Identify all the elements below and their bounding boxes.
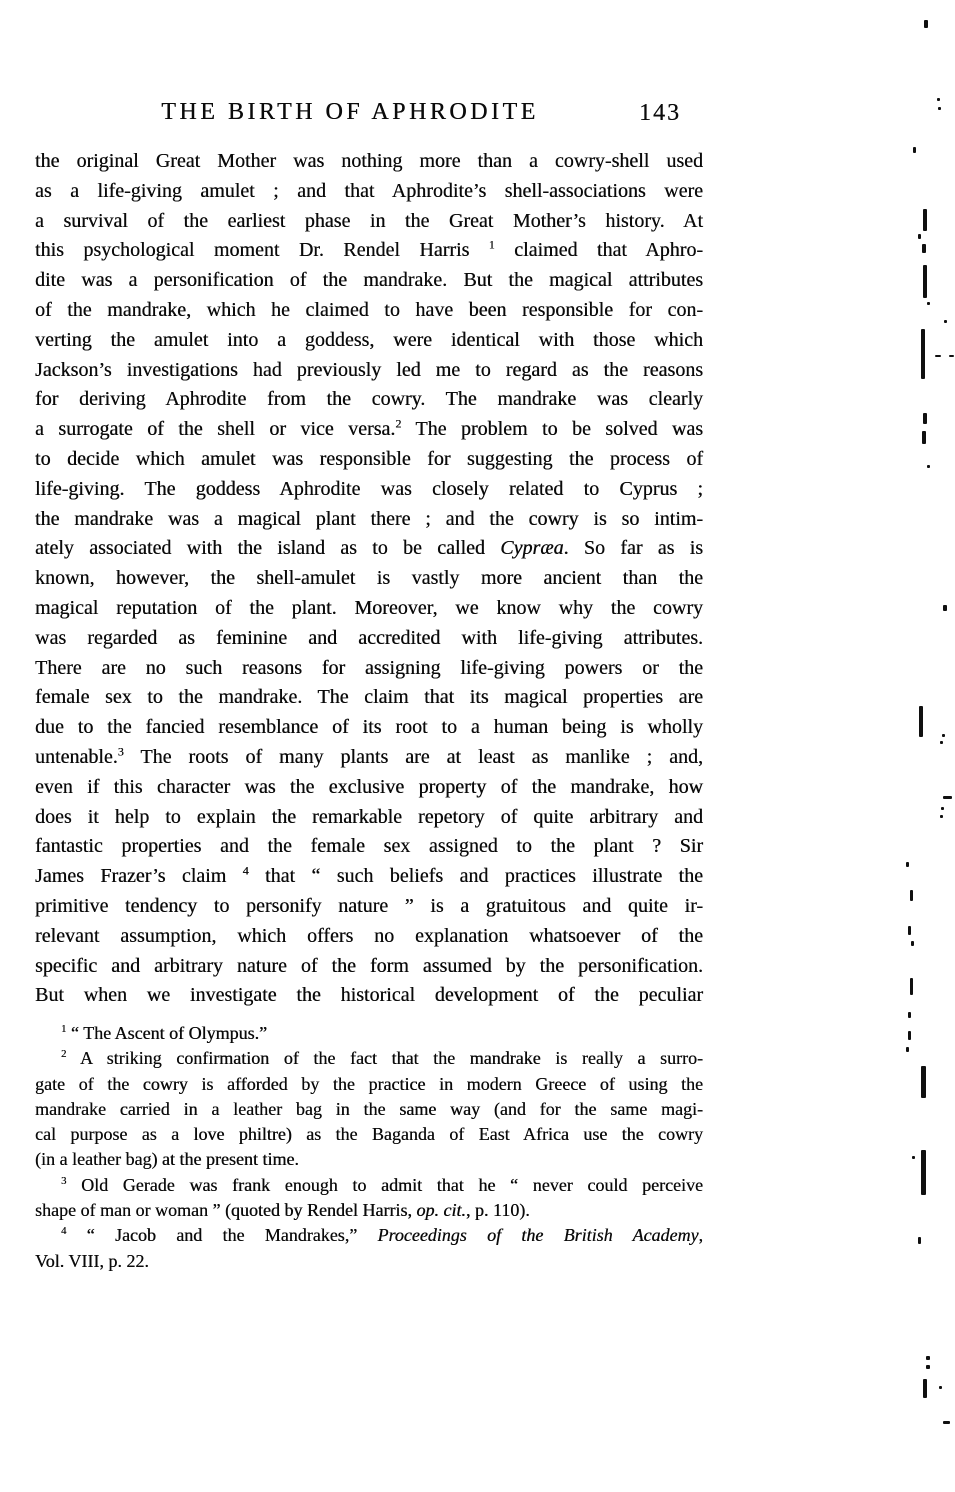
- text-segment: was regarded as feminine and accredited …: [35, 627, 703, 649]
- text-segment: the original Great Mother was nothing mo…: [35, 150, 703, 172]
- text-segment: But when we investigate the historical d…: [35, 984, 703, 1006]
- text-line: the original Great Mother was nothing mo…: [35, 147, 703, 177]
- text-segment: for deriving Aphrodite from the cowry. T…: [35, 388, 703, 410]
- text-segment: fantastic properties and the female sex …: [35, 835, 703, 857]
- text-segment: specific and arbitrary nature of the for…: [35, 955, 703, 977]
- scan-speck: [908, 1012, 911, 1018]
- text-segment: to decide which amulet was responsible f…: [35, 448, 703, 470]
- text-line: (in a leather bag) at the present time.: [35, 1147, 703, 1172]
- scan-speck: [922, 244, 926, 253]
- text-segment: life-giving. The goddess Aphrodite was c…: [35, 478, 703, 500]
- text-segment: due to the fancied resemblance of its ro…: [35, 716, 703, 738]
- scan-speck: [942, 734, 945, 737]
- text-segment: this psychological moment Dr. Rendel Har…: [35, 239, 489, 261]
- text-segment: cal purpose as a love philtre) as the Ba…: [35, 1124, 703, 1144]
- scan-speck: [943, 605, 947, 611]
- text-line: 3 Old Gerade was frank enough to admit t…: [35, 1173, 703, 1198]
- text-segment: primitive tendency to personify nature ”…: [35, 895, 703, 917]
- text-segment: a survival of the earliest phase in the …: [35, 210, 703, 232]
- text-segment: shape of man or woman ” (quoted by Rende…: [35, 1200, 416, 1220]
- text-segment: verting the amulet into a goddess, were …: [35, 329, 703, 351]
- text-line: magical reputation of the plant. Moreove…: [35, 594, 703, 624]
- scan-speck: [943, 1421, 950, 1424]
- text-line: even if this character was the exclusive…: [35, 773, 703, 803]
- text-line: 4 “ Jacob and the Mandrakes,” Proceeding…: [35, 1223, 703, 1248]
- text-line: cal purpose as a love philtre) as the Ba…: [35, 1122, 703, 1147]
- text-segment: known, however, the shell-amulet is vast…: [35, 567, 703, 589]
- text-line: a survival of the earliest phase in the …: [35, 207, 703, 237]
- text-line: Jackson’s investigations had previously …: [35, 356, 703, 386]
- text-line: to decide which amulet was responsible f…: [35, 445, 703, 475]
- footnotes: 1 “ The Ascent of Olympus.”2 A striking …: [35, 1021, 703, 1274]
- text-segment: as a life-giving amulet ; and that Aphro…: [35, 180, 703, 202]
- text-segment: Jackson’s investigations had previously …: [35, 359, 703, 381]
- text-line: was regarded as feminine and accredited …: [35, 624, 703, 654]
- text-segment: does it help to explain the remarkable r…: [35, 806, 703, 828]
- scan-speck: [944, 320, 947, 323]
- scan-speck: [922, 431, 926, 444]
- text-line: ately associated with the island as to b…: [35, 534, 703, 564]
- text-segment: “ Jacob and the Mandrakes,”: [66, 1225, 377, 1245]
- text-segment: dite was a personification of the mandra…: [35, 269, 703, 291]
- scan-speck: [940, 741, 943, 744]
- page-header: THE BIRTH OF APHRODITE 143: [35, 99, 703, 133]
- scan-speck: [939, 1386, 942, 1389]
- text-segment: even if this character was the exclusive…: [35, 776, 703, 798]
- text-segment: “ The Ascent of Olympus.”: [66, 1023, 267, 1043]
- text-line: due to the fancied resemblance of its ro…: [35, 713, 703, 743]
- text-segment: ,: [698, 1225, 703, 1245]
- italic-text: op. cit.: [416, 1200, 466, 1220]
- text-line: life-giving. The goddess Aphrodite was c…: [35, 475, 703, 505]
- text-segment: the mandrake was a magical plant there ;…: [35, 508, 703, 530]
- text-segment: a surrogate of the shell or vice versa.: [35, 418, 395, 440]
- text-line: fantastic properties and the female sex …: [35, 832, 703, 862]
- scan-speck: [923, 209, 927, 231]
- scan-speck: [921, 1066, 926, 1098]
- text-line: as a life-giving amulet ; and that Aphro…: [35, 177, 703, 207]
- scan-speck: [935, 355, 941, 357]
- text-line: the mandrake was a magical plant there ;…: [35, 505, 703, 535]
- scan-speck: [923, 1379, 927, 1398]
- text-segment: There are no such reasons for assigning …: [35, 657, 703, 679]
- scan-speck: [924, 20, 928, 28]
- page-title: THE BIRTH OF APHRODITE: [35, 99, 665, 126]
- text-segment: female sex to the mandrake. The claim th…: [35, 686, 703, 708]
- scan-speck: [938, 107, 941, 110]
- scan-speck: [908, 1031, 911, 1040]
- text-line: untenable.3 The roots of many plants are…: [35, 743, 703, 773]
- text-segment: , p. 110).: [466, 1200, 530, 1220]
- scan-speck: [941, 807, 944, 810]
- scan-speck: [926, 1365, 930, 1369]
- scan-speck: [949, 355, 954, 357]
- scan-speck: [918, 1237, 921, 1244]
- page-number: 143: [639, 100, 681, 127]
- scan-speck: [918, 234, 921, 239]
- text-segment: . So far as is: [564, 537, 703, 559]
- text-segment: A striking confirmation of the fact that…: [66, 1048, 703, 1068]
- scan-speck: [910, 978, 913, 995]
- text-line: James Frazer’s claim 4 that “ such belie…: [35, 862, 703, 892]
- scan-speck: [911, 941, 914, 946]
- text-line: dite was a personification of the mandra…: [35, 266, 703, 296]
- italic-text: Cypræa: [500, 537, 563, 559]
- text-segment: The problem to be solved was: [401, 418, 703, 440]
- scan-speck: [913, 147, 916, 153]
- text-line: of the mandrake, which he claimed to hav…: [35, 296, 703, 326]
- text-segment: gate of the cowry is afforded by the pra…: [35, 1074, 703, 1094]
- text-segment: relevant assumption, which offers no exp…: [35, 925, 703, 947]
- italic-text: Proceedings of the British Academy: [377, 1225, 698, 1245]
- text-line: specific and arbitrary nature of the for…: [35, 952, 703, 982]
- scan-speck: [923, 413, 927, 424]
- text-segment: James Frazer’s claim: [35, 865, 243, 887]
- text-line: But when we investigate the historical d…: [35, 981, 703, 1011]
- scan-speck: [908, 926, 911, 935]
- text-line: Vol. VIII, p. 22.: [35, 1249, 703, 1274]
- scan-speck: [921, 1150, 926, 1195]
- text-line: primitive tendency to personify nature ”…: [35, 892, 703, 922]
- text-line: mandrake carried in a leather bag in the…: [35, 1097, 703, 1122]
- text-line: gate of the cowry is afforded by the pra…: [35, 1072, 703, 1097]
- scan-speck: [910, 890, 913, 901]
- text-line: a surrogate of the shell or vice versa.2…: [35, 415, 703, 445]
- scan-speck: [921, 329, 925, 379]
- text-segment: The roots of many plants are at least as…: [124, 746, 703, 768]
- scan-speck: [927, 302, 930, 305]
- text-segment: Old Gerade was frank enough to admit tha…: [66, 1175, 703, 1195]
- scan-speck: [919, 706, 923, 737]
- text-segment: Vol. VIII, p. 22.: [35, 1251, 149, 1271]
- scan-speck: [940, 815, 943, 818]
- text-line: known, however, the shell-amulet is vast…: [35, 564, 703, 594]
- text-line: relevant assumption, which offers no exp…: [35, 922, 703, 952]
- text-line: does it help to explain the remarkable r…: [35, 803, 703, 833]
- book-page: THE BIRTH OF APHRODITE 143 the original …: [0, 0, 955, 1492]
- text-segment: claimed that Aphro-: [495, 239, 703, 261]
- text-segment: untenable.: [35, 746, 118, 768]
- scan-speck: [906, 1047, 909, 1052]
- text-line: for deriving Aphrodite from the cowry. T…: [35, 385, 703, 415]
- scan-speck: [937, 98, 940, 101]
- text-segment: that “ such beliefs and practices illust…: [249, 865, 703, 887]
- scan-speck: [926, 1356, 930, 1360]
- scan-speck: [912, 1156, 915, 1159]
- text-segment: of the mandrake, which he claimed to hav…: [35, 299, 703, 321]
- text-line: shape of man or woman ” (quoted by Rende…: [35, 1198, 703, 1223]
- text-line: 1 “ The Ascent of Olympus.”: [35, 1021, 703, 1046]
- scan-speck: [927, 465, 930, 468]
- text-line: 2 A striking confirmation of the fact th…: [35, 1046, 703, 1071]
- text-line: There are no such reasons for assigning …: [35, 654, 703, 684]
- body-text: the original Great Mother was nothing mo…: [35, 147, 703, 1011]
- text-segment: ately associated with the island as to b…: [35, 537, 500, 559]
- scan-speck: [943, 796, 952, 799]
- text-line: verting the amulet into a goddess, were …: [35, 326, 703, 356]
- text-segment: (in a leather bag) at the present time.: [35, 1149, 299, 1169]
- text-line: female sex to the mandrake. The claim th…: [35, 683, 703, 713]
- scan-speck: [906, 862, 909, 867]
- scan-speck: [923, 265, 927, 298]
- text-line: this psychological moment Dr. Rendel Har…: [35, 236, 703, 266]
- text-segment: mandrake carried in a leather bag in the…: [35, 1099, 703, 1119]
- text-segment: magical reputation of the plant. Moreove…: [35, 597, 703, 619]
